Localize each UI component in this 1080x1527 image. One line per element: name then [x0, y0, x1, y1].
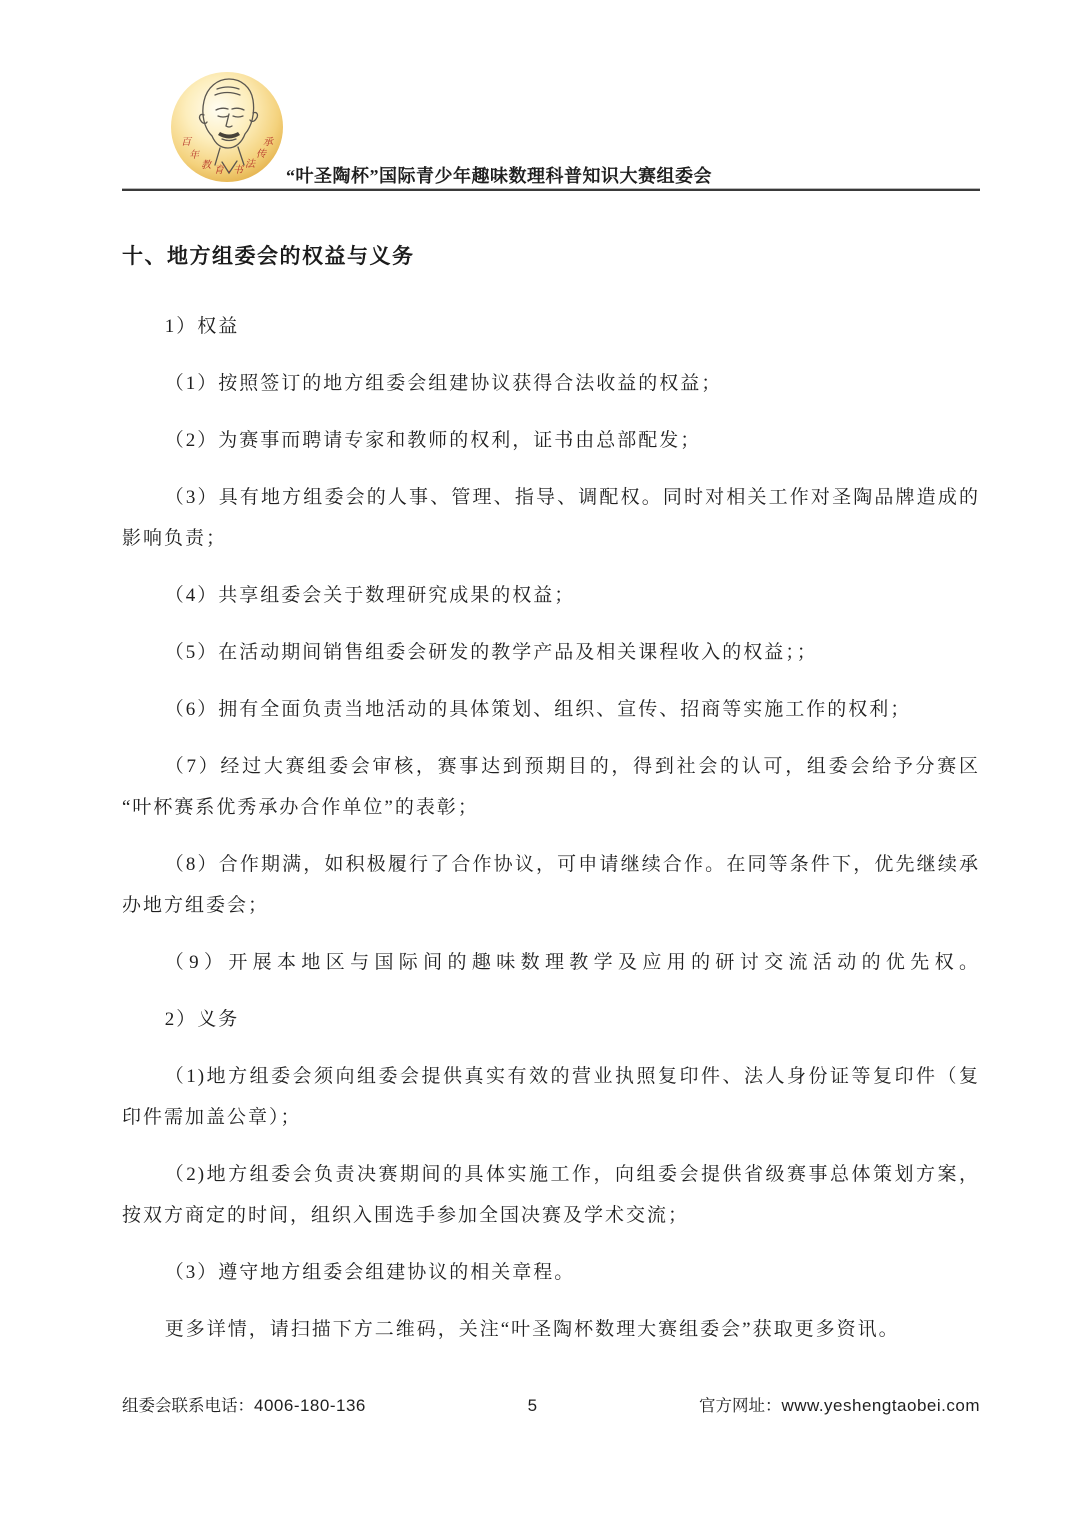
footer-phone: 组委会联系电话：4006-180-136 [122, 1392, 366, 1416]
rights-item-3: （3）具有地方组委会的人事、管理、指导、调配权。同时对相关工作对圣陶品牌造成的影… [122, 477, 980, 559]
duties-item-2: （2)地方组委会负责决赛期间的具体实施工作，向组委会提供省级赛事总体策划方案，按… [122, 1154, 980, 1236]
yeshengtao-portrait-logo: 百 年 教 育 · 书 法 传 承 [168, 70, 286, 186]
page-footer: 组委会联系电话：4006-180-136 5 官方网址：www.yeshengt… [122, 1392, 980, 1416]
document-page: 百 年 教 育 · 书 法 传 承 “叶圣陶杯”国际青少年趣味数理科普知识大赛组… [0, 0, 1080, 1527]
header-divider-line [122, 189, 980, 191]
document-body: 十、地方组委会的权益与义务 1）权益 （1）按照签订的地方组委会组建协议获得合法… [122, 240, 980, 1350]
footer-site-label: 官方网址： [699, 1396, 782, 1415]
ring-char: 承 [263, 136, 274, 148]
logo-badge-graphic: 百 年 教 育 · 书 法 传 承 [168, 70, 286, 186]
footer-website: 官方网址：www.yeshengtaobei.com [699, 1392, 980, 1416]
rights-heading: 1）权益 [122, 306, 980, 347]
ring-char: 法 [245, 158, 256, 170]
duties-heading: 2）义务 [122, 999, 980, 1040]
footer-phone-label: 组委会联系电话： [122, 1396, 254, 1415]
footer-phone-number: 4006-180-136 [254, 1396, 366, 1415]
section-title: 十、地方组委会的权益与义务 [122, 240, 980, 270]
rights-item-2: （2）为赛事而聘请专家和教师的权利，证书由总部配发； [122, 420, 980, 461]
closing-note: 更多详情，请扫描下方二维码，关注“叶圣陶杯数理大赛组委会”获取更多资讯。 [122, 1309, 980, 1350]
footer-site-url: www.yeshengtaobei.com [781, 1396, 980, 1415]
rights-item-4: （4）共享组委会关于数理研究成果的权益； [122, 575, 980, 616]
page-number: 5 [528, 1396, 537, 1416]
ring-char: 年 [189, 149, 200, 161]
ring-char: 传 [256, 148, 267, 160]
ring-char: · [228, 167, 231, 178]
duties-item-1: （1)地方组委会须向组委会提供真实有效的营业执照复印件、法人身份证等复印件（复印… [122, 1056, 980, 1138]
rights-item-1: （1）按照签订的地方组委会组建协议获得合法收益的权益； [122, 363, 980, 404]
rights-item-7: （7）经过大赛组委会审核，赛事达到预期目的，得到社会的认可，组委会给予分赛区“叶… [122, 746, 980, 828]
rights-item-9: （9）开展本地区与国际间的趣味数理教学及应用的研讨交流活动的优先权。 [122, 942, 980, 983]
rights-item-6: （6）拥有全面负责当地活动的具体策划、组织、宣传、招商等实施工作的权利； [122, 689, 980, 730]
rights-item-8: （8）合作期满，如积极履行了合作协议，可申请继续合作。在同等条件下，优先继续承办… [122, 844, 980, 926]
duties-item-3: （3）遵守地方组委会组建协议的相关章程。 [122, 1252, 980, 1293]
rights-item-5: （5）在活动期间销售组委会研发的教学产品及相关课程收入的权益；； [122, 632, 980, 673]
organization-name: “叶圣陶杯”国际青少年趣味数理科普知识大赛组委会 [286, 162, 712, 188]
